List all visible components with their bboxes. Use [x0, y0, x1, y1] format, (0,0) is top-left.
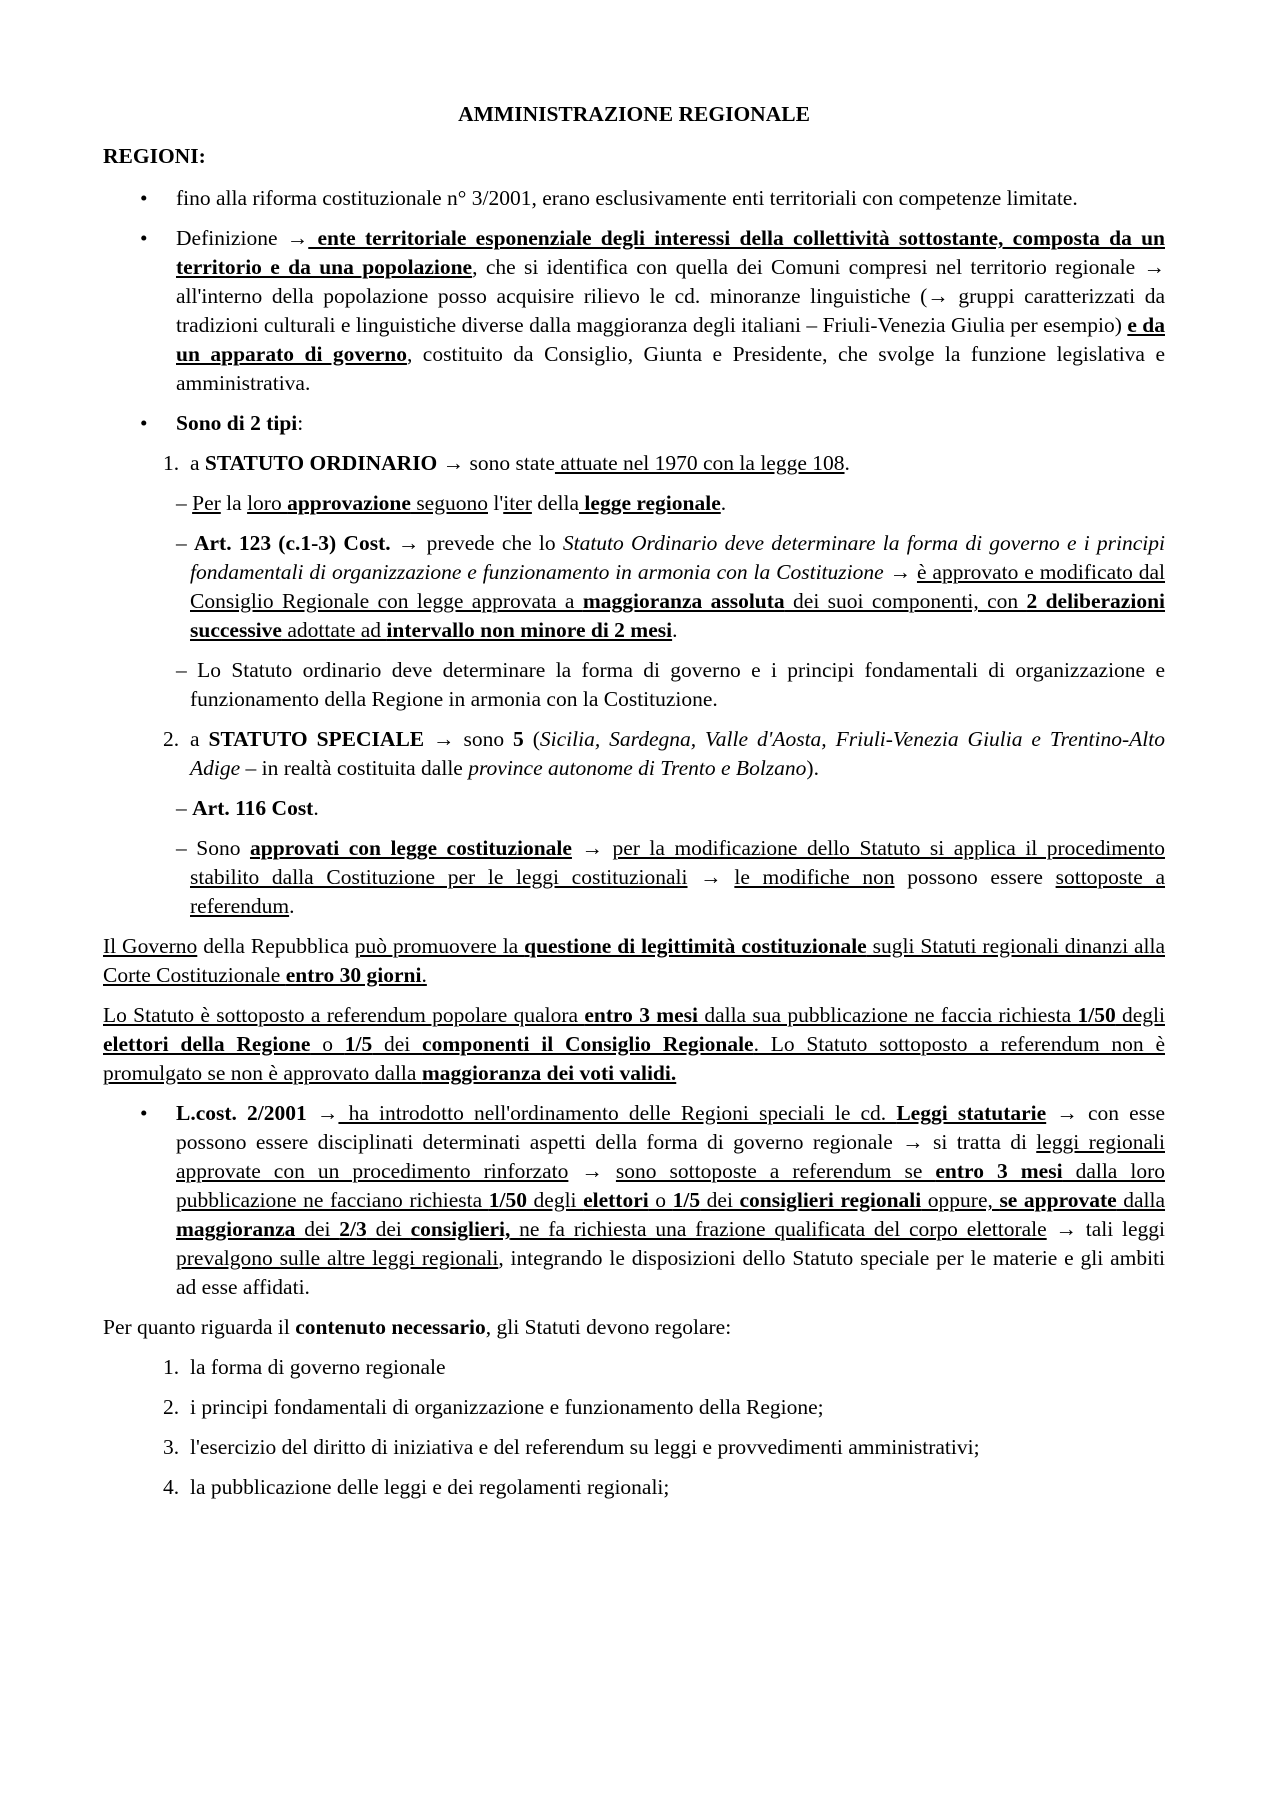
list-item-text: L.cost. 2/2001 → ha introdotto nell'ordi… [176, 1099, 1165, 1302]
text-run: Per quanto riguarda il [103, 1315, 295, 1339]
text-run: : [297, 411, 303, 435]
item-pubblicazione-leggi: 4.la pubblicazione delle leggi e dei reg… [103, 1473, 1165, 1502]
text-run: consiglieri regionali [740, 1188, 922, 1212]
text-run: ). [806, 756, 819, 780]
list-item-text: Sono di 2 tipi: [176, 409, 1165, 438]
text-run: 5 [513, 727, 524, 751]
text-run: . [672, 618, 677, 642]
text-run: → [688, 865, 735, 889]
document-page: AMMINISTRAZIONE REGIONALE REGIONI: •fino… [0, 0, 1280, 1811]
list-item-text: Definizione → ente territoriale esponenz… [176, 224, 1165, 398]
text-run: la pubblicazione delle leggi e dei regol… [190, 1475, 669, 1499]
list-item-text: a STATUTO SPECIALE → sono 5 (Sicilia, Sa… [190, 725, 1165, 783]
text-run: → prevede che lo [391, 531, 563, 555]
text-run: – [176, 531, 194, 555]
item-statuto-speciale: 2.a STATUTO SPECIALE → sono 5 (Sicilia, … [103, 725, 1165, 783]
text-run: – [176, 796, 192, 820]
dash-approvati-legge-cost: – Sono approvati con legge costituzional… [190, 834, 1165, 921]
number-marker: 2. [163, 1393, 179, 1422]
text-run: . [845, 451, 850, 475]
text-run: 1/50 [489, 1188, 527, 1212]
text-run: Per [192, 491, 221, 515]
text-run: . [721, 491, 726, 515]
text-run: → [307, 1101, 339, 1125]
para-contenuto-necessario: Per quanto riguarda il contenuto necessa… [103, 1313, 1165, 1342]
bullet-tipi: •Sono di 2 tipi: [103, 409, 1165, 438]
text-run: dei [367, 1217, 411, 1241]
text-run: dei [700, 1188, 739, 1212]
item-esercizio-diritto: 3.l'esercizio del diritto di iniziativa … [103, 1433, 1165, 1462]
text-run: l'esercizio del diritto di iniziativa e … [190, 1435, 980, 1459]
text-run: ha introdotto nell'ordinamento delle Reg… [338, 1101, 896, 1125]
text-run: degli [527, 1188, 583, 1212]
list-item-text: fino alla riforma costituzionale n° 3/20… [176, 184, 1165, 213]
text-run: la forma di governo regionale [190, 1355, 446, 1379]
number-marker: 1. [163, 449, 179, 478]
text-run: se approvate [999, 1188, 1116, 1212]
text-run: o [649, 1188, 673, 1212]
bullet-lcost-2-2001: •L.cost. 2/2001 → ha introdotto nell'ord… [103, 1099, 1165, 1302]
text-run: attuate nel 1970 con la legge 108 [555, 451, 845, 475]
text-run: – [176, 491, 192, 515]
dash-art-116: – Art. 116 Cost. [190, 794, 1165, 823]
item-statuto-ordinario: 1.a STATUTO ORDINARIO → sono state attua… [103, 449, 1165, 478]
text-run: dei suoi componenti, con [785, 589, 1027, 613]
text-run: . [421, 963, 426, 987]
list-item-text: la pubblicazione delle leggi e dei regol… [190, 1473, 1165, 1502]
bullet-marker: • [140, 224, 148, 253]
text-run: – Lo Statuto ordinario deve determinare … [176, 658, 1165, 711]
bullet-riforma-2001: •fino alla riforma costituzionale n° 3/2… [103, 184, 1165, 213]
text-run: a [190, 727, 208, 751]
text-run: approvazione [287, 491, 411, 515]
text-run: elettori della Regione [103, 1032, 310, 1056]
text-run: maggioranza dei voti validi. [422, 1061, 676, 1085]
text-run: dei [372, 1032, 422, 1056]
bullet-marker: • [140, 184, 148, 213]
text-run: entro 30 giorni [286, 963, 422, 987]
number-marker: 1. [163, 1353, 179, 1382]
text-run: prevalgono sulle altre leggi regionali [176, 1246, 498, 1270]
text-run: seguono [411, 491, 488, 515]
item-principi-fondamentali: 2.i principi fondamentali di organizzazi… [103, 1393, 1165, 1422]
para-statuto-referendum: Lo Statuto è sottoposto a referendum pop… [103, 1001, 1165, 1088]
text-run: iter [503, 491, 532, 515]
text-run: STATUTO SPECIALE [208, 727, 424, 751]
text-run: possono essere [895, 865, 1056, 889]
text-run: – in realtà costituita dalle [240, 756, 468, 780]
text-run: Leggi statutarie [896, 1101, 1046, 1125]
text-run: componenti il Consiglio Regionale [422, 1032, 754, 1056]
text-run: della Repubblica [197, 934, 354, 958]
number-marker: 2. [163, 725, 179, 754]
text-run: → sono state [437, 451, 555, 475]
para-governo-repubblica: Il Governo della Repubblica può promuove… [103, 932, 1165, 990]
text-run: della [532, 491, 579, 515]
dash-approvazione: – Per la loro approvazione seguono l'ite… [190, 489, 1165, 518]
list-item-text: i principi fondamentali di organizzazion… [190, 1393, 1165, 1422]
list-item-text: a STATUTO ORDINARIO → sono state attuate… [190, 449, 1165, 478]
text-run: → [890, 560, 917, 584]
list-item-text: l'esercizio del diritto di iniziativa e … [190, 1433, 1165, 1462]
text-run: intervallo non minore di 2 mesi [386, 618, 672, 642]
text-run: dei [295, 1217, 339, 1241]
text-run: i principi fondamentali di organizzazion… [190, 1395, 824, 1419]
text-run: le modifiche non [734, 865, 894, 889]
text-run: Sono di 2 tipi [176, 411, 297, 435]
text-run: ne fa richiesta una frazione qualificata… [510, 1217, 1046, 1241]
dash-statuto-ordinario-forma: – Lo Statuto ordinario deve determinare … [190, 656, 1165, 714]
text-run: entro 3 mesi [935, 1159, 1062, 1183]
text-run: , gli Statuti devono regolare: [486, 1315, 731, 1339]
text-run: maggioranza assoluta [583, 589, 785, 613]
text-run: loro [247, 491, 287, 515]
text-run: consiglieri, [411, 1217, 511, 1241]
text-run: degli [1116, 1003, 1165, 1027]
text-run: fino alla riforma costituzionale n° 3/20… [176, 186, 1078, 210]
text-run: → tali leggi [1047, 1217, 1165, 1241]
bullet-marker: • [140, 1099, 148, 1128]
bullet-marker: • [140, 409, 148, 438]
number-marker: 4. [163, 1473, 179, 1502]
text-run: 2/3 [339, 1217, 366, 1241]
number-marker: 3. [163, 1433, 179, 1462]
text-run: → [572, 836, 613, 860]
text-run: elettori [583, 1188, 649, 1212]
text-run: STATUTO ORDINARIO [205, 451, 437, 475]
text-run: ( [524, 727, 540, 751]
text-run: adottate ad [282, 618, 386, 642]
text-run: a [190, 451, 205, 475]
text-run: 1/5 [345, 1032, 372, 1056]
bullet-definizione: •Definizione → ente territoriale esponen… [103, 224, 1165, 398]
text-run: → sono [424, 727, 513, 751]
text-run: l' [488, 491, 503, 515]
text-run: dalla sua pubblicazione ne faccia richie… [698, 1003, 1077, 1027]
text-run: o [310, 1032, 344, 1056]
text-run: oppure, [921, 1188, 999, 1212]
text-run: sono sottoposte a referendum se [616, 1159, 935, 1183]
text-run: questione di legittimità costituzionale [524, 934, 867, 958]
section-heading-regioni: REGIONI: [103, 142, 1165, 171]
text-run: . [313, 796, 318, 820]
text-run: – Sono [176, 836, 250, 860]
text-run: approvati con legge costituzionale [250, 836, 572, 860]
text-run: Art. 116 Cost [192, 796, 313, 820]
text-run: province autonome di Trento e Bolzano [468, 756, 806, 780]
text-run: 1/50 [1077, 1003, 1115, 1027]
text-run: Art. 123 (c.1-3) Cost. [194, 531, 391, 555]
text-run: contenuto necessario [295, 1315, 486, 1339]
document-body: •fino alla riforma costituzionale n° 3/2… [103, 184, 1165, 1502]
text-run: → [568, 1159, 616, 1183]
text-run: può promuovere la [355, 934, 524, 958]
text-run: entro 3 mesi [584, 1003, 698, 1027]
list-item-text: la forma di governo regionale [190, 1353, 1165, 1382]
text-run: Definizione → [176, 226, 308, 250]
text-run: legge regionale [579, 491, 721, 515]
text-run: Il Governo [103, 934, 197, 958]
item-forma-governo: 1.la forma di governo regionale [103, 1353, 1165, 1382]
text-run: maggioranza [176, 1217, 295, 1241]
text-run: la [221, 491, 247, 515]
dash-art-123: – Art. 123 (c.1-3) Cost. → prevede che l… [190, 529, 1165, 645]
text-run: 1/5 [673, 1188, 700, 1212]
text-run: Lo Statuto è sottoposto a referendum pop… [103, 1003, 584, 1027]
text-run: . [289, 894, 294, 918]
text-run: L.cost. 2/2001 [176, 1101, 307, 1125]
page-title: AMMINISTRAZIONE REGIONALE [103, 100, 1165, 129]
text-run: dalla [1117, 1188, 1165, 1212]
